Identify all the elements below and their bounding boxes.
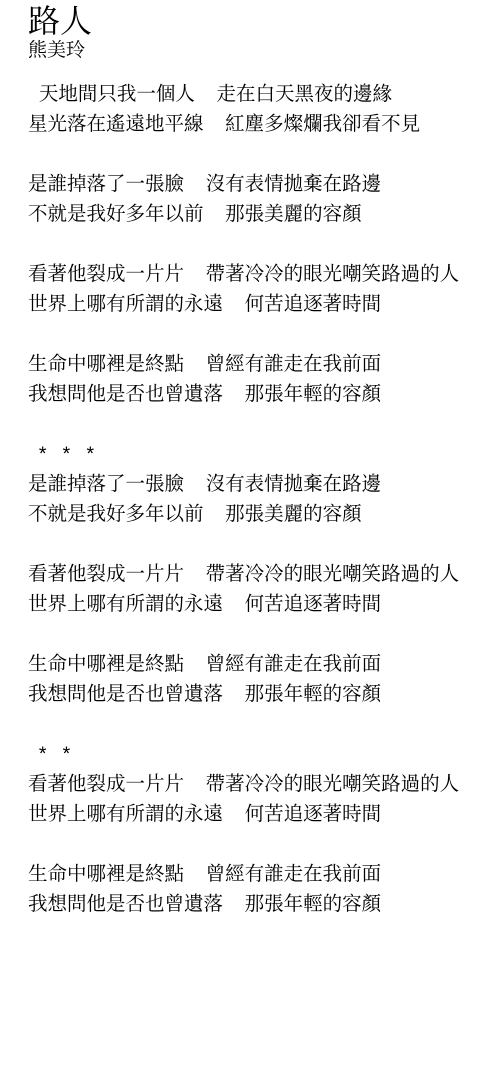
lyric-line: 我想問他是否也曾遺落 那張年輕的容顏: [28, 889, 492, 919]
lyric-line: 生命中哪裡是終點 曾經有誰走在我前面: [28, 349, 492, 379]
lyric-line: 生命中哪裡是終點 曾經有誰走在我前面: [28, 649, 492, 679]
lyrics-document: 路人 熊美玲 天地間只我一個人 走在白天黑夜的邊緣星光落在遙遠地平線 紅塵多燦爛…: [0, 0, 500, 1090]
blank-line: [28, 319, 492, 349]
artist-name: 熊美玲: [28, 40, 492, 62]
lyric-line: 不就是我好多年以前 那張美麗的容顏: [28, 499, 492, 529]
lyric-line: 生命中哪裡是終點 曾經有誰走在我前面: [28, 859, 492, 889]
blank-line: [28, 139, 492, 169]
lyrics-page: { "page": { "background_color": "#ffffff…: [0, 0, 500, 1090]
blank-line: [28, 529, 492, 559]
lyric-line: 世界上哪有所謂的永遠 何苦追逐著時間: [28, 289, 492, 319]
lyric-line: 世界上哪有所謂的永遠 何苦追逐著時間: [28, 799, 492, 829]
lyric-line: 看著他裂成一片片 帶著冷冷的眼光嘲笑路過的人: [28, 259, 492, 289]
lyric-line: 世界上哪有所謂的永遠 何苦追逐著時間: [28, 589, 492, 619]
blank-line: [28, 829, 492, 859]
song-title: 路人: [28, 2, 492, 40]
stanza-marker: * *: [28, 739, 492, 769]
lyrics-body: 天地間只我一個人 走在白天黑夜的邊緣星光落在遙遠地平線 紅塵多燦爛我卻看不見是誰…: [28, 79, 492, 919]
lyric-line: 看著他裂成一片片 帶著冷冷的眼光嘲笑路過的人: [28, 769, 492, 799]
lyric-line: 是誰掉落了一張臉 沒有表情拋棄在路邊: [28, 169, 492, 199]
lyric-line: 天地間只我一個人 走在白天黑夜的邊緣: [28, 79, 492, 109]
lyric-line: 看著他裂成一片片 帶著冷冷的眼光嘲笑路過的人: [28, 559, 492, 589]
blank-line: [28, 619, 492, 649]
blank-line: [28, 409, 492, 439]
lyric-line: 是誰掉落了一張臉 沒有表情拋棄在路邊: [28, 469, 492, 499]
lyric-line: 我想問他是否也曾遺落 那張年輕的容顏: [28, 679, 492, 709]
blank-line: [28, 709, 492, 739]
blank-line: [28, 229, 492, 259]
stanza-marker: * * *: [28, 439, 492, 469]
lyric-line: 星光落在遙遠地平線 紅塵多燦爛我卻看不見: [28, 109, 492, 139]
lyric-line: 我想問他是否也曾遺落 那張年輕的容顏: [28, 379, 492, 409]
lyric-line: 不就是我好多年以前 那張美麗的容顏: [28, 199, 492, 229]
